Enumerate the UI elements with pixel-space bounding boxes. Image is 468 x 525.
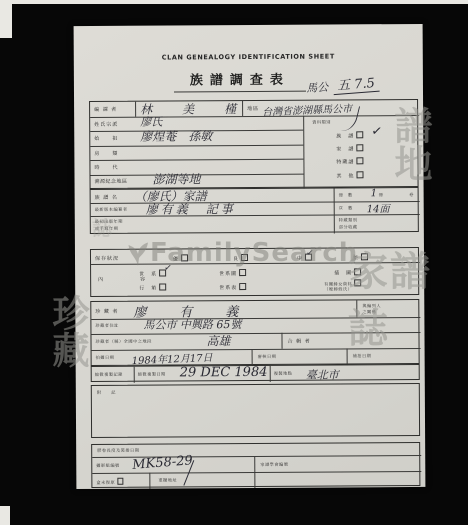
content-item-label: 插 圖 xyxy=(334,270,352,276)
surname-lineage-label: 姓氏宗派 xyxy=(94,121,118,128)
category-item-special-genealogy: 特藏譜 xyxy=(336,157,363,165)
checkbox-icon xyxy=(354,268,361,275)
material-category-header: 資料類別 xyxy=(312,120,331,126)
content-item-label: 世 系 xyxy=(139,272,157,278)
checkbox-icon xyxy=(239,269,246,276)
option-label: 優 xyxy=(173,256,179,262)
category-item-label: 特藏譜 xyxy=(336,159,354,165)
check-mark: ✓ xyxy=(370,124,383,140)
relation-to-compiler-label2: 之關係 xyxy=(362,309,376,315)
content-item-lineage: 世 系 xyxy=(139,270,166,278)
content-item-lineage-table: 世系表 xyxy=(219,283,246,291)
category-item-other: 其 他 xyxy=(336,171,363,179)
origin-region-value: 澎湖等地 xyxy=(152,170,200,187)
section-genealogy-title: 族 譜 名 （廖氏）家譜 最新版本編纂者 廖有義 記事 最初出版年期 或手寫年期… xyxy=(90,187,419,234)
option-excellent: 優 xyxy=(173,254,188,262)
notes-label: 附 記 xyxy=(97,390,119,396)
owner-address-label: 珍藏者住址 xyxy=(95,323,118,329)
checkbox-icon xyxy=(241,254,248,261)
microfilm-copy-date-value: 29 DEC 1984 xyxy=(180,365,268,381)
english-title: CLAN GENEALOGY IDENTIFICATION SHEET xyxy=(74,52,423,62)
co-compiler-label: 合 輯 者 xyxy=(287,338,310,345)
option-label: 中 xyxy=(297,256,303,262)
content-item-label: 行 第 xyxy=(139,286,157,292)
page-count-value: 14面 xyxy=(367,200,390,215)
copy-place-label: 複製地點 xyxy=(274,371,293,377)
content-item-generation-order: 行 第 xyxy=(139,284,166,292)
section-condition-content: 保存狀況 優 良 中 ✓ 差 內 容 世 系 ✓ 世系圖 插 圖 行 第 世系表… xyxy=(90,247,419,297)
volume-count-value: 1 xyxy=(371,188,377,199)
content-item-label: 世系表 xyxy=(219,285,237,291)
compiler-label: 編 譯 者 xyxy=(94,106,117,113)
copy-place-value: 臺北市 xyxy=(306,366,339,382)
owner-label: 珍 藏 者 xyxy=(95,308,118,315)
section-owner: 珍 藏 者 廖 有 義 與編列人 之關係 珍藏者住址 馬公市 中興路 65號 珍… xyxy=(90,299,419,366)
owner-district-value: 高雄 xyxy=(206,332,230,349)
retake-date-label: 補拍日期 xyxy=(353,353,372,359)
scan-edge-left xyxy=(0,0,12,38)
handwritten-year-label: 或手寫年期 xyxy=(95,226,118,232)
category-item-family-genealogy: 家 譜 xyxy=(336,144,363,152)
checkbox-icon xyxy=(356,171,363,178)
checkbox-icon xyxy=(356,144,363,151)
review-date-label: 審核日期 xyxy=(258,354,277,360)
branch-label: 房 類 xyxy=(94,150,118,157)
handwritten-stroke xyxy=(331,101,360,134)
origin-region-label: 溯源紀念地區 xyxy=(95,178,128,185)
category-item-label: 家 譜 xyxy=(336,146,354,152)
microfilm-record-label: 縮微複製記錄 xyxy=(95,372,123,378)
checkbox-icon xyxy=(361,253,368,260)
checkbox-icon xyxy=(159,284,166,291)
volume-count-label: 冊 數 xyxy=(339,192,353,198)
checkbox-icon xyxy=(356,131,363,138)
scan-edge-bottom-left xyxy=(0,506,10,525)
genealogy-title-label: 族 譜 名 xyxy=(95,194,118,201)
section-film-admin: 膠卷長度及裝捲日期 攝影組編號 MK58-29 家譜學會編號 盒未復原 重攝地址 xyxy=(91,442,420,488)
camera-crew-number-label: 攝影組編號 xyxy=(96,463,119,469)
checkbox-icon xyxy=(354,279,361,286)
section-notes: 附 記 xyxy=(91,383,420,438)
category-item-clan-genealogy: 族 譜 xyxy=(336,131,363,139)
section-microfilm-copy: 縮微複製記錄 縮微複製日期 29 DEC 1984 複製地點 臺北市 xyxy=(91,364,420,382)
corner-note-number: 五 7.5 xyxy=(333,76,380,95)
special-collection-label: 特藏類別 xyxy=(339,217,358,223)
scan-edge-top xyxy=(0,0,468,4)
corner-handwritten-note: 馬公 五 7.5 xyxy=(305,72,379,96)
checkbox-icon xyxy=(181,254,188,261)
first-ancestor-value: 廖煌菴 孫敏 xyxy=(140,127,212,144)
check-mark: ✓ xyxy=(163,263,172,274)
latest-edition-compiler-label: 最新版本編纂者 xyxy=(95,207,128,213)
check-mark: ✓ xyxy=(305,248,314,259)
genealogy-society-number-label: 家譜學會編號 xyxy=(260,462,288,468)
checkbox-icon xyxy=(356,157,363,164)
volume-units-label: 冊 卷 xyxy=(379,192,420,198)
option-poor: 差 xyxy=(353,253,368,261)
content-item-label: 世系圖 xyxy=(219,271,237,277)
content-item-lineage-chart: 世系圖 xyxy=(219,269,246,277)
owner-district-label: 珍藏者（縣）全國中之地段 xyxy=(96,339,152,345)
chinese-title: 族譜調查表 xyxy=(174,69,306,93)
document-page: CLAN GENEALOGY IDENTIFICATION SHEET 族譜調查… xyxy=(74,24,426,489)
content-item-women-records-sub: （媳婦姓氏） xyxy=(324,286,352,292)
checkbox-icon xyxy=(239,283,246,290)
latest-edition-compiler-value: 廖有義 記事 xyxy=(146,200,236,218)
first-ancestor-label: 始 祖 xyxy=(94,135,118,142)
owner-address-value: 馬公市 中興路 65號 xyxy=(143,316,241,333)
page-count-label: 頁 數 xyxy=(339,205,353,211)
corner-note-text: 馬公 xyxy=(306,81,329,96)
partial-collection-label: 部分收藏 xyxy=(339,224,358,230)
section-identification: 編 譯 者 林 美 槿 地區 台灣省澎湖縣馬公市 姓氏宗派 廖氏 始 祖 廖煌菴… xyxy=(89,99,419,189)
option-good: 良 xyxy=(233,254,248,262)
preservation-label: 保存狀況 xyxy=(95,255,119,262)
camera-crew-number-value: MK58-29 xyxy=(132,453,193,473)
box-not-restored: 盒未復原 xyxy=(96,478,123,486)
option-label: 良 xyxy=(233,256,239,262)
microfilm-copy-date-label: 縮微複製日期 xyxy=(138,372,166,378)
option-label: 差 xyxy=(353,255,359,261)
box-not-restored-label: 盒未復原 xyxy=(96,480,115,485)
scanned-genealogy-sheet: { "page": { "en_title": "CLAN GENEALOGY … xyxy=(0,0,468,525)
category-item-label: 其 他 xyxy=(336,173,354,179)
content-item-illustrations: 插 圖 xyxy=(334,268,361,276)
region-label: 地區 xyxy=(247,105,259,112)
first-publication-year-label: 最初出版年期 xyxy=(95,219,123,225)
category-item-label: 族 譜 xyxy=(336,133,354,139)
era-label: 時 代 xyxy=(94,164,118,171)
photo-date-label: 拍攝日期 xyxy=(96,355,115,361)
checkbox-icon xyxy=(117,478,124,485)
film-length-label: 膠卷長度及裝捲日期 xyxy=(97,448,139,454)
retake-address-label: 重攝地址 xyxy=(158,477,177,483)
